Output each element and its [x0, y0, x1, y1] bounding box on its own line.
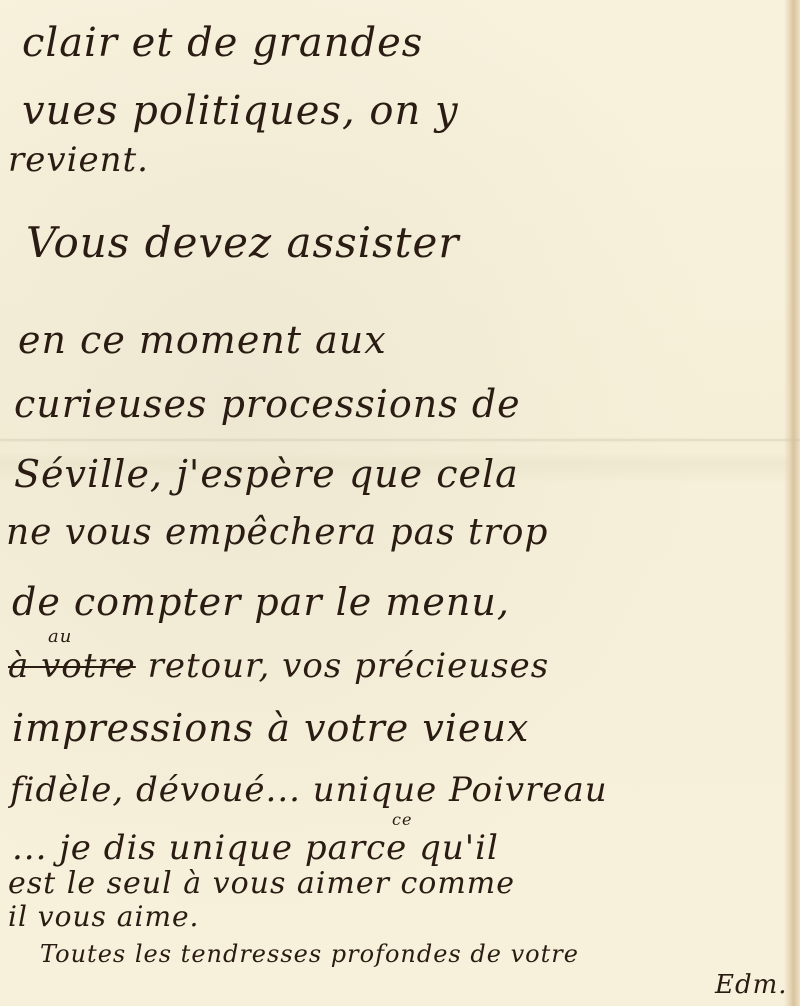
- letter-line: Vous devez assister: [26, 218, 459, 267]
- letter-line: Séville, j'espère que cela: [14, 452, 519, 496]
- letter-line: de compter par le menu,: [12, 580, 510, 624]
- letter-line: il vous aime.: [8, 900, 199, 933]
- letter-line: ... je dis unique parce qu'il: [12, 828, 499, 868]
- letter-line: retour, vos précieuses: [148, 646, 550, 686]
- letter-line: curieuses processions de: [14, 382, 521, 426]
- letter-line: en ce moment aux: [18, 318, 387, 362]
- signature: Edm.: [715, 970, 788, 1000]
- letter-line: impressions à votre vieux: [12, 706, 529, 750]
- paper-edge: [784, 0, 800, 1006]
- superscript-correction: ce: [392, 810, 412, 829]
- struck-text: à votre: [8, 646, 136, 686]
- paper-fold: [0, 438, 800, 442]
- inserted-correction: au: [48, 626, 72, 647]
- letter-line: fidèle, dévoué... unique Poivreau: [10, 770, 608, 810]
- letter-page: clair et de grandes vues politiques, on …: [0, 0, 800, 1006]
- letter-line: Toutes les tendresses profondes de votre: [40, 940, 579, 968]
- letter-line: ne vous empêchera pas trop: [6, 512, 548, 553]
- letter-line-correction: à votre retour, vos précieuses: [8, 646, 549, 686]
- letter-line: est le seul à vous aimer comme: [8, 866, 515, 901]
- letter-line: clair et de grandes: [22, 20, 423, 66]
- letter-line: vues politiques, on y: [22, 88, 459, 134]
- letter-line: revient.: [8, 140, 149, 180]
